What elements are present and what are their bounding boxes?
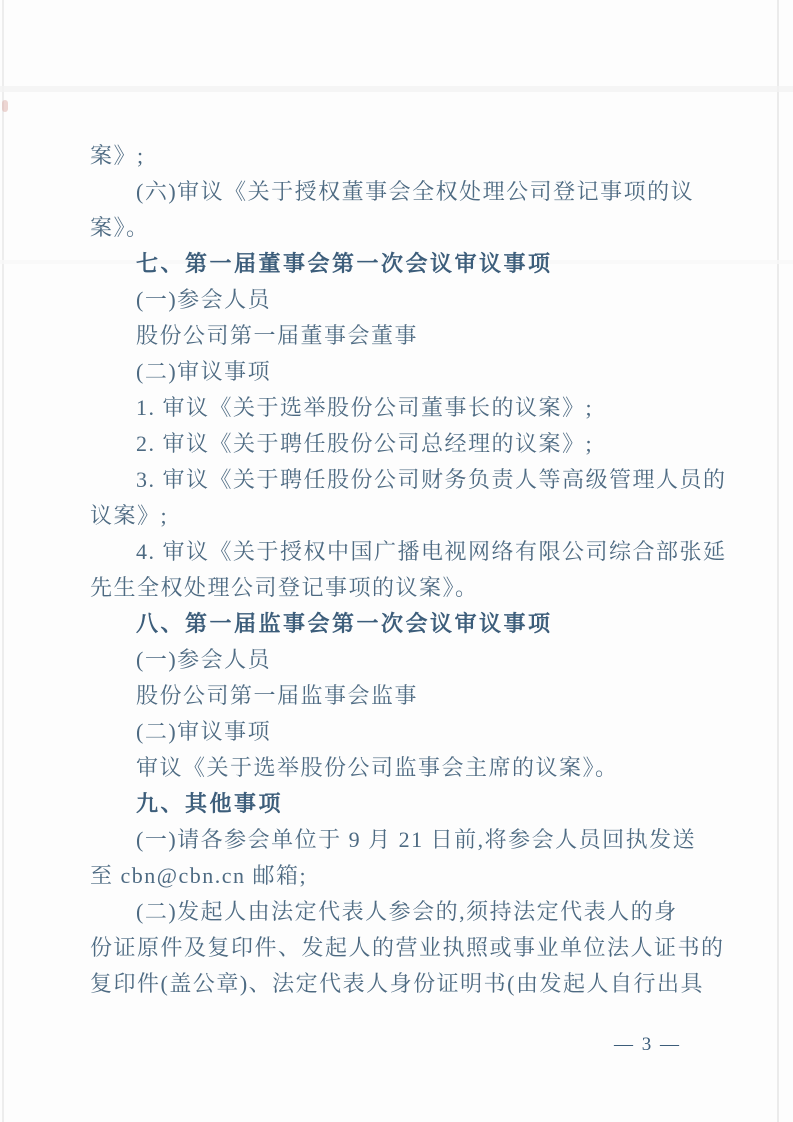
text-line-3: 案》。 — [90, 210, 730, 246]
text-line-23: 份证原件及复印件、发起人的营业执照或事业单位法人证书的 — [90, 930, 730, 966]
text-line-5: (一)参会人员 — [90, 282, 730, 318]
scan-edge-artifact-right — [777, 0, 779, 1122]
text-line-1: 案》; — [90, 138, 730, 174]
text-line-19: 九、其他事项 — [90, 786, 730, 822]
text-line-7: (二)审议事项 — [90, 354, 730, 390]
text-line-22: (二)发起人由法定代表人参会的,须持法定代表人的身 — [90, 894, 730, 930]
text-line-18: 审议《关于选举股份公司监事会主席的议案》。 — [90, 750, 730, 786]
text-line-15: (一)参会人员 — [90, 642, 730, 678]
page-number: — 3 — — [614, 1034, 681, 1056]
text-line-12: 4. 审议《关于授权中国广播电视网络有限公司综合部张延 — [90, 534, 730, 570]
text-line-16: 股份公司第一届监事会监事 — [90, 678, 730, 714]
document-page: 案》;(六)审议《关于授权董事会全权处理公司登记事项的议案》。七、第一届董事会第… — [0, 0, 793, 1122]
text-line-21: 至 cbn@cbn.cn 邮箱; — [90, 858, 730, 894]
text-line-6: 股份公司第一届董事会董事 — [90, 318, 730, 354]
text-line-17: (二)审议事项 — [90, 714, 730, 750]
document-body: 案》;(六)审议《关于授权董事会全权处理公司登记事项的议案》。七、第一届董事会第… — [90, 138, 730, 1002]
text-line-8: 1. 审议《关于选举股份公司董事长的议案》; — [90, 390, 730, 426]
text-line-10: 3. 审议《关于聘任股份公司财务负责人等高级管理人员的 — [90, 462, 730, 498]
text-line-24: 复印件(盖公章)、法定代表人身份证明书(由发起人自行出具 — [90, 966, 730, 1002]
text-line-20: (一)请各参会单位于 9 月 21 日前,将参会人员回执发送 — [90, 822, 730, 858]
text-line-11: 议案》; — [90, 498, 730, 534]
text-line-14: 八、第一届监事会第一次会议审议事项 — [90, 606, 730, 642]
scan-smudge-artifact — [2, 100, 8, 112]
scan-edge-artifact-left — [2, 0, 4, 1122]
text-line-13: 先生全权处理公司登记事项的议案》。 — [90, 570, 730, 606]
text-line-9: 2. 审议《关于聘任股份公司总经理的议案》; — [90, 426, 730, 462]
text-line-2: (六)审议《关于授权董事会全权处理公司登记事项的议 — [90, 174, 730, 210]
text-line-4: 七、第一届董事会第一次会议审议事项 — [90, 246, 730, 282]
scan-streak-artifact — [0, 86, 793, 92]
